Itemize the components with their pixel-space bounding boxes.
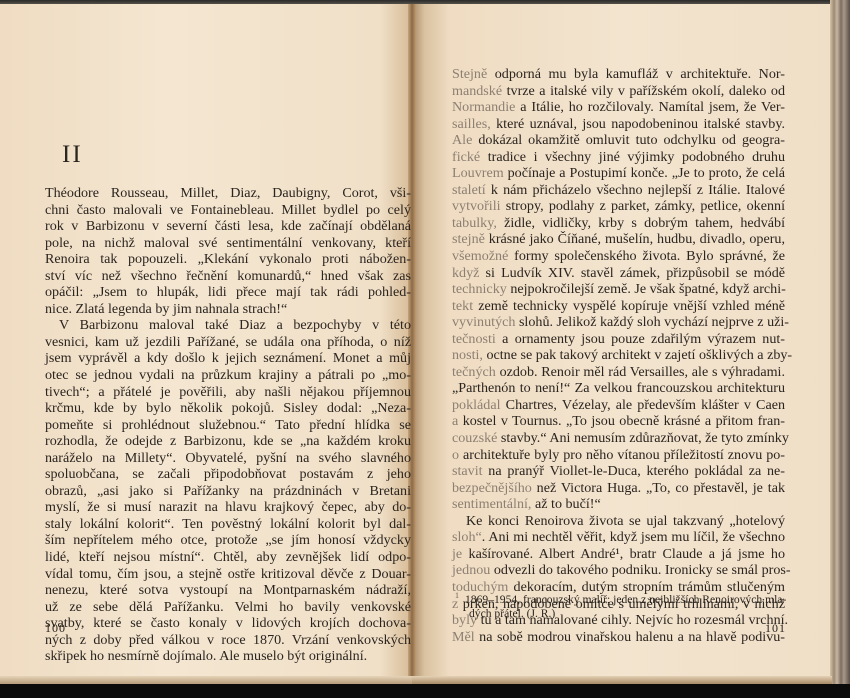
text-line-rest: „Parthenón to není!“ Za velkou francouzs… (452, 380, 785, 396)
text-line: Théodore Rousseau, Millet, Diaz, Daubign… (45, 185, 411, 202)
text-line: pole, na nichž maloval své sentimentální… (45, 235, 411, 252)
text-line: sailles, které uznával, jsou napodobenin… (452, 116, 785, 133)
text-line: tabulky, židle, vidličky, krby s dobrým … (452, 215, 785, 232)
text-line: couzské stavby.“ Ani nemusím zdůrazňovat… (452, 430, 785, 447)
text-line: ných z doby před válkou v roce 1870. Vrz… (45, 632, 411, 649)
text-line: myslí, že si musí narazit na hlavu krajk… (45, 499, 411, 516)
left-page-body-text: Théodore Rousseau, Millet, Diaz, Daubign… (45, 185, 411, 665)
text-line-rest: Ke konci Renoirova života se ujal takzva… (466, 513, 785, 529)
text-line-rest: nejpokročilejší země. Je však špatné, kd… (507, 281, 786, 297)
text-line-start: bezpečnějšího (452, 480, 532, 496)
text-line-rest: odvezli do takového podniku. Ironicky se… (490, 562, 790, 578)
text-line: Stejně odporná mu byla kamufláž v archit… (452, 66, 785, 83)
background-bottom (0, 684, 850, 698)
text-line-rest: architektuře byly pro něho vítanou příle… (459, 447, 785, 463)
text-line-rest: k nám přicházelo všechno nejlepší z Itál… (486, 182, 785, 198)
text-line-rest: octne se pak takový architekt v zajetí o… (483, 347, 792, 363)
text-line-rest: slohů. Jelikož každý sloh vychází nejprv… (515, 314, 789, 330)
text-line-rest: židle, vidličky, krby s dobrým tahem, he… (497, 215, 785, 231)
text-line: nice. Zlatá legenda by jim nahnala strac… (45, 301, 411, 318)
text-line-rest: tradice i všechny jiné výjimky podobného… (480, 149, 785, 165)
text-line-rest: kostel v Tournus. „To jsou obecně krásné… (458, 413, 785, 429)
text-line: Měl na sobě modrou vinařskou halenu a na… (452, 629, 785, 646)
text-line-start: sailles, (452, 116, 491, 132)
text-line: všemožné formy společenského života. Byl… (452, 248, 785, 265)
text-line-start: Měl (452, 629, 475, 645)
text-line: rozhodla, že odejde z Barbizonu, kde se … (45, 433, 411, 450)
text-line-start: všemožné (452, 248, 508, 264)
text-line: vyvinutých slohů. Jelikož každý sloh vyc… (452, 314, 785, 331)
text-line: tečných ozdob. Renoir měl rád Versailles… (452, 364, 785, 381)
text-line-rest: tvrze a italské vily v pařížském okolí, … (502, 83, 785, 99)
text-line-start: Ale (452, 132, 472, 148)
text-line-rest: počínaje a Postupimí konče. „Je to proto… (504, 165, 785, 181)
footnote: 11869–1954, francouzský malíř; jeden z n… (455, 589, 785, 621)
page-number-right: 101 (765, 621, 786, 636)
text-line: stavit na pranýř Viollet-le-Duca, kteréh… (452, 463, 785, 480)
text-line-start: tabulky, (452, 215, 497, 231)
text-line-start: jednou (452, 562, 490, 578)
text-line-rest: dokázal okamžitě omluvit tuto odchylku o… (472, 132, 785, 148)
text-line-rest: si Ludvík XIV. stavěl zámek, přizpůsobil… (479, 265, 785, 281)
text-line: technicky nejpokročilejší země. Je však … (452, 281, 785, 298)
text-line-start: tekt (452, 298, 473, 314)
text-line: nenezu, které sotva vystoupí na Montparn… (45, 582, 411, 599)
text-line: krčmu, kde by bylo několik pokojů. Sisle… (45, 400, 411, 417)
text-line: a kostel v Tournus. „To jsou obecně krás… (452, 413, 785, 430)
text-line: mandské tvrze a italské vily v pařížském… (452, 83, 785, 100)
text-line: spoluobčana, se začali připodobňovat pos… (45, 466, 411, 483)
right-page-body-text: Stejně odporná mu byla kamufláž v archit… (452, 66, 785, 645)
text-line: lidé, kteří nejsou místní“. Chtěl, aby z… (45, 549, 411, 566)
text-line-start: tečných (452, 364, 496, 380)
text-line: naráželo na Millety“. Obyvatelé, pyšní n… (45, 450, 411, 467)
text-line: tivech“; a přátelé je pověřili, aby našl… (45, 384, 411, 401)
text-line-rest: formy společenského života. Bylo správné… (508, 248, 785, 264)
text-line-rest: až to bučí!“ (531, 496, 600, 512)
text-line-start: nosti, (452, 347, 483, 363)
text-line-rest: a Itálie, ho rozčilovaly. Namítal jsem, … (515, 99, 785, 115)
text-line: opáčil: „Jsem to hlupák, lidi přece mají… (45, 284, 411, 301)
chapter-heading: II (62, 141, 83, 169)
text-line: pomeňte si prohlédnout služebnou.“ Tato … (45, 417, 411, 434)
text-line: „Parthenón to není!“ Za velkou francouzs… (452, 380, 785, 397)
text-line: otec se jednou vydali na průzkum krajiny… (45, 367, 411, 384)
text-line-start: stejně (452, 231, 485, 247)
text-line-rest: než Victora Huga. „To, co přestavěl, je … (532, 480, 785, 496)
text-line: staletí k nám přicházelo všechno nejlepš… (452, 182, 785, 199)
text-line: vídal tomu, čím jsou, a stejně ostře kri… (45, 566, 411, 583)
footnote-text: dých přátel. (J. R.) (469, 607, 555, 620)
footnote-line: dých přátel. (J. R.) (455, 607, 785, 621)
text-line: rok v Barbizonu v severní části lesa, kd… (45, 218, 411, 235)
footnote-text: 1869–1954, francouzský malíř; jeden z ne… (465, 593, 786, 606)
text-line-rest: krásné jako Číňané, mušelín, hudbu, diva… (485, 231, 785, 247)
text-line: Ale dokázal okamžitě omluvit tuto odchyl… (452, 132, 785, 149)
text-line-rest: odporná mu byla kamufláž v architektuře.… (487, 66, 785, 82)
text-line-start: pokládal (452, 397, 501, 413)
text-line-start: stavit (452, 463, 483, 479)
text-line-start: vyvinutých (452, 314, 515, 330)
text-line: V Barbizonu maloval také Diaz a bezpochy… (45, 317, 411, 334)
text-line: vesnici, kam už jezdili Pařížané, se udá… (45, 334, 411, 351)
text-line: vytvořili stropy, podlahy z parket, zámk… (452, 198, 785, 215)
text-line: Ke konci Renoirova života se ujal takzva… (452, 513, 785, 530)
text-line: Renoira tak popouzeli. „Klekání vykonalo… (45, 251, 411, 268)
text-line: skřipek ho nesmírně dojímalo. Ale muselo… (45, 648, 411, 665)
book-binding-edge (830, 0, 850, 690)
text-line-start: když (452, 265, 479, 281)
text-line-start: Stejně (452, 66, 487, 82)
text-line-start: Normandie (452, 99, 515, 115)
text-line: fické tradice i všechny jiné výjimky pod… (452, 149, 785, 166)
text-line: tečnosti a ornamenty jsou pouze zdařilým… (452, 331, 785, 348)
text-line: nosti, octne se pak takový architekt v z… (452, 347, 785, 364)
text-line: obrazů, „asi jako si Pařížanky na prázdn… (45, 483, 411, 500)
text-line-rest: . Ani mi nechtěl věřit, když jsem mu líč… (482, 529, 785, 545)
text-line-rest: a ornamenty jsou pouze zdařilým výrazem … (496, 331, 785, 347)
text-line: staly lokální kolorit“. Ten pověstný lok… (45, 516, 411, 533)
text-line-rest: ozdob. Renoir měl rád Versailles, ale s … (496, 364, 785, 380)
text-line: o architektuře byly pro něho vítanou pří… (452, 447, 785, 464)
text-line-start: sentimentální, (452, 496, 531, 512)
text-line-rest: země technicky vyspělé kopíruje vnější v… (473, 298, 785, 314)
text-line: Louvrem počínaje a Postupimí konče. „Je … (452, 165, 785, 182)
text-line: je kašírované. Albert André¹, bratr Clau… (452, 546, 785, 563)
text-line: když si Ludvík XIV. stavěl zámek, přizpů… (452, 265, 785, 282)
text-line: pokládal Chartres, Vézelay, ale předevší… (452, 397, 785, 414)
text-line: Normandie a Itálie, ho rozčilovaly. Namí… (452, 99, 785, 116)
text-line: už ze sebe dělá Pařížanku. Velmi ho bavi… (45, 599, 411, 616)
text-line: tekt země technicky vyspělé kopíruje vně… (452, 298, 785, 315)
page-number-left: 100 (45, 621, 66, 636)
footnote-line: 11869–1954, francouzský malíř; jeden z n… (455, 589, 785, 607)
text-line-start: couzské (452, 430, 497, 446)
text-line-rest: stropy, podlahy z parket, zámky, petlice… (501, 198, 785, 214)
text-line: svatby, které se často konaly v lidových… (45, 615, 411, 632)
text-line: ším nepřítelem mého otce, protože „se jí… (45, 532, 411, 549)
text-line: jednou odvezli do takového podniku. Iron… (452, 562, 785, 579)
text-line: sentimentální, až to bučí!“ (452, 496, 785, 513)
text-line-rest: kašírované. Albert André¹, bratr Claude … (462, 546, 785, 562)
text-line-start: je (452, 546, 462, 562)
text-line-rest: které uznával, jsou napodobeninou italsk… (491, 116, 785, 132)
footnote-marker: 1 (455, 591, 459, 600)
text-line-start: staletí (452, 182, 486, 198)
text-line: sloh“. Ani mi nechtěl věřit, když jsem m… (452, 529, 785, 546)
text-line: stejně krásné jako Číňané, mušelín, hudb… (452, 231, 785, 248)
text-line-start: Louvrem (452, 165, 504, 181)
text-line-rest: Chartres, Vézelay, ale především klášter… (501, 397, 785, 413)
text-line-rest: stavby.“ Ani nemusím zdůrazňovat, že tyt… (497, 430, 788, 446)
text-line-rest: na pranýř Viollet-le-Duca, kterého poklá… (483, 463, 785, 479)
text-line-start: technicky (452, 281, 507, 297)
text-line-start: mandské (452, 83, 502, 99)
text-line: ství víc než všechno řečnění komunardů,“… (45, 268, 411, 285)
text-line-rest: na sobě modrou vinařskou halenu a na hla… (475, 629, 785, 645)
text-line: chni často malovali ve Fontainebleau. Mi… (45, 202, 411, 219)
text-line-start: tečnosti (452, 331, 496, 347)
right-page-bottom-edge (412, 676, 832, 684)
text-line-start: sloh“ (452, 529, 482, 545)
text-line: bezpečnějšího než Victora Huga. „To, co … (452, 480, 785, 497)
left-page-bottom-edge (0, 676, 412, 684)
text-line-start: vytvořili (452, 198, 501, 214)
text-line-start: o (452, 447, 459, 463)
text-line-start: fické (452, 149, 480, 165)
text-line: jsem vyprávěl a kdy došlo k jejich sezná… (45, 350, 411, 367)
